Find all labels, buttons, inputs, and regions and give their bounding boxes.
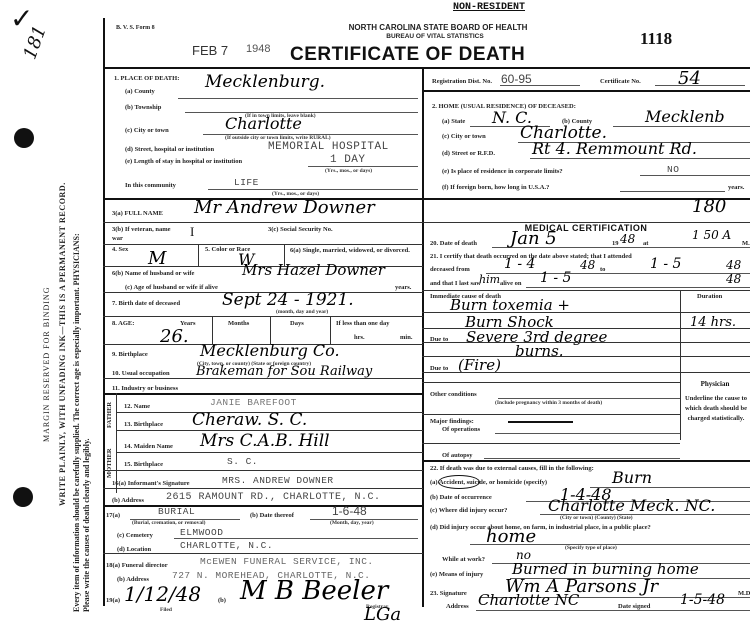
location-rule bbox=[103, 553, 423, 554]
date-signed-label: Date signed bbox=[618, 603, 650, 610]
board-name: NORTH CAROLINA STATE BOARD OF HEALTH bbox=[288, 23, 588, 32]
spouse-age-unit: years. bbox=[395, 284, 411, 291]
while-at-work-label: While at work? bbox=[442, 556, 485, 563]
parents-side-divider bbox=[116, 393, 117, 493]
attended-line bbox=[486, 273, 750, 274]
physician-address: Charlotte NC bbox=[478, 591, 579, 609]
ssn-label: 3(c) Social Security No. bbox=[268, 225, 368, 234]
community-value: LIFE bbox=[234, 177, 259, 188]
findings-dash bbox=[508, 421, 573, 423]
funeral-director-label: 18(a) Funeral director bbox=[106, 562, 168, 569]
physician-address-line bbox=[476, 610, 750, 611]
injury-place-note: (Specify type of place) bbox=[565, 545, 617, 551]
birthplace-label: 9. Birthplace bbox=[112, 351, 148, 358]
spouse-age-label: (c) Age of husband or wife if alive bbox=[125, 284, 218, 291]
last-seen-value: 1 - 5 bbox=[540, 270, 571, 286]
father-side-label: FATHER bbox=[106, 402, 113, 428]
veteran-value: I bbox=[190, 224, 194, 240]
residence-county-line bbox=[613, 126, 750, 127]
certificate-serial: 1118 bbox=[640, 29, 672, 49]
death-street-label: (d) Street, hospital or institution bbox=[125, 146, 214, 153]
residence-foreign-unit: years. bbox=[728, 184, 744, 191]
informant-sig-rule bbox=[103, 488, 423, 489]
alive-on-label: alive on bbox=[500, 280, 522, 287]
last-seen-label: and that I last saw bbox=[430, 280, 481, 287]
form-number: B. V. S. Form 8 bbox=[116, 25, 155, 31]
birthplace-value: Mecklenburg Co. bbox=[200, 341, 340, 360]
operations-label: Of operations bbox=[442, 426, 480, 433]
occupation-rule bbox=[103, 378, 423, 379]
mother-birth-label: 15. Birthplace bbox=[124, 461, 163, 468]
cemetery-value: ELMWOOD bbox=[180, 527, 223, 538]
form-left-border bbox=[103, 18, 105, 606]
registration-dist-label: Registration Dist. No. bbox=[432, 78, 492, 85]
autopsy-label: Of autopsy bbox=[442, 452, 473, 459]
location-value: CHARLOTTE, N.C. bbox=[180, 540, 273, 551]
header-rule bbox=[103, 67, 750, 69]
industry-label: 11. Industry or business bbox=[112, 385, 178, 392]
informant-addr-label: (b) Address bbox=[112, 497, 144, 504]
death-county-label: (a) County bbox=[125, 88, 155, 95]
operations-line bbox=[495, 433, 680, 434]
informant-sig-value: MRS. ANDREW DOWNER bbox=[222, 475, 334, 486]
death-time-unit: M. bbox=[742, 240, 750, 247]
age-min-label: min. bbox=[400, 334, 412, 341]
filed-label: 19(a) bbox=[106, 597, 120, 604]
punch-hole-top bbox=[14, 128, 34, 148]
bureau-name: BUREAU OF VITAL STATISTICS bbox=[300, 33, 570, 40]
informant-rule bbox=[103, 505, 423, 507]
registration-dist-value: 60-95 bbox=[501, 72, 532, 86]
sex-label: 4. Sex bbox=[112, 246, 128, 253]
residence-corporate-label: (e) Is place of residence in corporate l… bbox=[442, 168, 563, 175]
attended-to-label: to bbox=[600, 266, 605, 273]
attended-from-label: deceased from bbox=[430, 266, 470, 273]
death-county-line bbox=[178, 98, 418, 99]
death-stay-line bbox=[308, 166, 418, 167]
community-line bbox=[208, 189, 418, 190]
margin-reserved: MARGIN RESERVED FOR BINDING bbox=[42, 287, 51, 442]
age-div-2 bbox=[270, 316, 271, 344]
cause-4-rule bbox=[422, 382, 680, 383]
injury-place-label: (d) Did injury occur about home, on farm… bbox=[430, 524, 651, 531]
burial-type-note: (Burial, cremation, or removal) bbox=[132, 520, 205, 526]
means-of-injury-label: (e) Means of injury bbox=[430, 571, 483, 578]
external-type-line bbox=[590, 487, 750, 488]
injury-place-value: home bbox=[486, 526, 536, 547]
certificate-no-value: 54 bbox=[678, 68, 701, 89]
residence-foreign-label: (f) If foreign born, how long in U.S.A.? bbox=[442, 184, 549, 191]
death-city-label: (c) City or town bbox=[125, 127, 169, 134]
certificate-no-label: Certificate No. bbox=[600, 78, 641, 85]
residence-state-label: (a) State bbox=[442, 118, 465, 125]
mother-birth-rule bbox=[103, 470, 423, 471]
margin-write-plainly: WRITE PLAINLY, WITH UNFADING INK—THIS IS… bbox=[58, 182, 67, 506]
burial-type-label: 17(a) bbox=[106, 512, 120, 519]
industry-rule bbox=[103, 393, 423, 395]
occupation-value: Brakeman for Sou Railway bbox=[196, 364, 372, 379]
residence-city-label: (c) City or town bbox=[442, 133, 486, 140]
community-label: In this community bbox=[125, 182, 176, 189]
death-year-label: 19 bbox=[612, 240, 619, 247]
mother-name-value: Mrs C.A.B. Hill bbox=[200, 431, 330, 451]
external-type-value: Burn bbox=[612, 468, 652, 487]
funeral-director-value: McEWEN FUNERAL SERVICE, INC. bbox=[200, 556, 374, 567]
death-stay-label: (e) Length of stay in hospital or instit… bbox=[125, 158, 242, 165]
death-city-value: Charlotte bbox=[225, 114, 302, 133]
sex-divider bbox=[198, 244, 199, 266]
place-of-death-label: 1. PLACE OF DEATH: bbox=[114, 75, 179, 82]
death-stay-value: 1 DAY bbox=[330, 154, 366, 166]
findings-rule bbox=[422, 443, 680, 444]
cause-3-rule bbox=[422, 372, 750, 373]
death-stay-note: (Yrs., mos., or days) bbox=[325, 168, 372, 174]
other-rule bbox=[422, 414, 680, 415]
registrar-label: (b) bbox=[218, 597, 226, 604]
physician-label: Physician bbox=[680, 380, 750, 388]
father-name-value: JANIE BAREFOOT bbox=[210, 397, 297, 408]
registrar-signature: M B Beeler bbox=[240, 576, 388, 606]
external-causes-label: 22. If death was due to external causes,… bbox=[430, 465, 594, 472]
spouse-label: 6(b) Name of husband or wife bbox=[112, 270, 194, 277]
age-div-3 bbox=[330, 316, 331, 344]
due-to-label-2: Due to bbox=[430, 365, 448, 372]
cemetery-line bbox=[174, 538, 418, 539]
external-type-label: (a) Accident, suicide, or homicide (spec… bbox=[430, 479, 547, 486]
cause-2b-value: burns. bbox=[515, 342, 564, 360]
margin-instruction-1: Every item of information should be care… bbox=[72, 233, 81, 612]
mother-birth-value: S. C. bbox=[227, 456, 258, 467]
major-findings-label: Major findings: bbox=[430, 418, 474, 425]
location-label: (d) Location bbox=[117, 546, 151, 553]
veteran-rule bbox=[103, 244, 423, 245]
other-conditions-line bbox=[498, 398, 680, 399]
cause-top-rule bbox=[422, 290, 750, 291]
death-township-label: (b) Township bbox=[125, 104, 161, 111]
non-resident-stamp: NON-RESIDENT bbox=[453, 2, 525, 13]
stamp-date: FEB 7 bbox=[192, 43, 228, 58]
father-birth-label: 13. Birthplace bbox=[124, 421, 163, 428]
stamp-year: 1948 bbox=[246, 43, 270, 55]
physician-suffix: M.D. bbox=[738, 590, 750, 597]
cemetery-label: (c) Cemetery bbox=[117, 532, 153, 539]
age-label: 8. AGE: bbox=[112, 320, 134, 327]
mother-side-label: MOTHER bbox=[106, 448, 113, 478]
filed-value: 1/12/48 bbox=[124, 582, 201, 606]
residence-street-value: Rt 4. Remmount Rd. bbox=[532, 139, 697, 158]
occurrence-date-label: (b) Date of occurrence bbox=[430, 494, 492, 501]
veteran-label: 3(b) If veteran, name war bbox=[112, 225, 172, 243]
age-hrs-label: hrs. bbox=[354, 334, 365, 341]
age-less-label: If less than one day bbox=[336, 320, 389, 327]
residence-corporate-value: NO bbox=[667, 164, 679, 175]
attended-to-value: 1 - 5 bbox=[650, 256, 681, 272]
cause-2-rule bbox=[422, 342, 750, 343]
residence-foreign-line bbox=[620, 191, 725, 192]
father-birth-value: Cheraw. S. C. bbox=[192, 410, 307, 430]
marital-label: 6(a) Single, married, widowed, or divorc… bbox=[290, 246, 420, 255]
date-signed-value: 1-5-48 bbox=[680, 592, 725, 608]
attended-from-year: 48 bbox=[580, 258, 595, 272]
death-time-value: 1 50 A bbox=[692, 228, 731, 242]
death-year-value: 48 bbox=[620, 232, 635, 246]
last-seen-year: 48 bbox=[726, 272, 741, 286]
residence-corporate-line bbox=[640, 175, 750, 176]
age-days-label: Days bbox=[290, 320, 304, 327]
other-conditions-label: Other conditions bbox=[430, 391, 477, 398]
autopsy-rule bbox=[422, 460, 750, 462]
last-seen-line bbox=[526, 287, 750, 288]
residence-county-value: Mecklenb bbox=[645, 107, 725, 126]
occupation-label: 10. Usual occupation bbox=[112, 370, 170, 377]
registrar-initials: LGa bbox=[364, 604, 401, 625]
death-date-label: 20. Date of death bbox=[430, 240, 477, 247]
tally-number: 180 bbox=[692, 196, 726, 217]
burial-type-value: BURIAL bbox=[158, 506, 195, 517]
burial-date-note: (Month, day, year) bbox=[330, 520, 374, 526]
birth-date-value: Sept 24 - 1921. bbox=[222, 290, 354, 310]
duration-label: Duration bbox=[697, 293, 722, 300]
age-div-1 bbox=[212, 316, 213, 344]
last-seen-pronoun: him bbox=[479, 273, 500, 286]
registration-rule bbox=[422, 90, 750, 92]
death-county-value: Mecklenburg. bbox=[205, 72, 325, 92]
mother-name-rule bbox=[116, 452, 423, 453]
physician-address-label: Address bbox=[446, 603, 469, 610]
filed-note: Filed bbox=[160, 607, 172, 613]
birth-date-label: 7. Birth date of deceased bbox=[112, 300, 180, 307]
full-name-value: Mr Andrew Downer bbox=[194, 197, 375, 218]
father-name-label: 12. Name bbox=[124, 403, 150, 410]
residence-street-label: (d) Street or R.F.D. bbox=[442, 150, 495, 157]
spouse-value: Mrs Hazel Downer bbox=[242, 261, 385, 279]
informant-sig-label: 16(a) Informant's Signature bbox=[112, 480, 190, 487]
birth-date-note: (month, day and year) bbox=[276, 309, 328, 315]
death-time-label: at bbox=[643, 240, 648, 247]
mother-name-label: 14. Maiden Name bbox=[124, 443, 173, 450]
death-street-value: MEMORIAL HOSPITAL bbox=[268, 141, 389, 153]
physician-note: Underline the cause to which death shoul… bbox=[682, 394, 750, 424]
margin-instruction-2: Please write the causes of death clearly… bbox=[82, 438, 91, 612]
burial-date-label: (b) Date thereof bbox=[250, 512, 294, 519]
physician-signature-label: 23. Signature bbox=[430, 590, 467, 597]
residence-street-line bbox=[530, 158, 750, 159]
injury-where-value: Charlotte Meck. NC. bbox=[548, 496, 715, 515]
informant-addr-value: 2615 RAMOUNT RD., CHARLOTTE, N.C. bbox=[166, 492, 381, 503]
injury-where-label: (c) Where did injury occur? bbox=[430, 507, 507, 514]
full-name-label: 3(a) FULL NAME bbox=[112, 210, 163, 217]
attended-from-value: 1 - 4 bbox=[504, 256, 535, 272]
autopsy-line bbox=[484, 458, 680, 459]
injury-where-note: (City or town) (County) (State) bbox=[560, 515, 633, 521]
center-divider bbox=[422, 67, 424, 607]
age-months-label: Months bbox=[228, 320, 249, 327]
certificate-title: CERTIFICATE OF DEATH bbox=[290, 44, 525, 66]
birth-rule bbox=[103, 316, 423, 317]
punch-hole-bottom bbox=[13, 487, 33, 507]
attended-to-year: 48 bbox=[726, 258, 741, 272]
burial-date-value: 1-6-48 bbox=[332, 504, 367, 518]
death-date-value: Jan 5 bbox=[510, 228, 557, 249]
other-conditions-note: (Include pregnancy within 3 months of de… bbox=[495, 400, 602, 406]
